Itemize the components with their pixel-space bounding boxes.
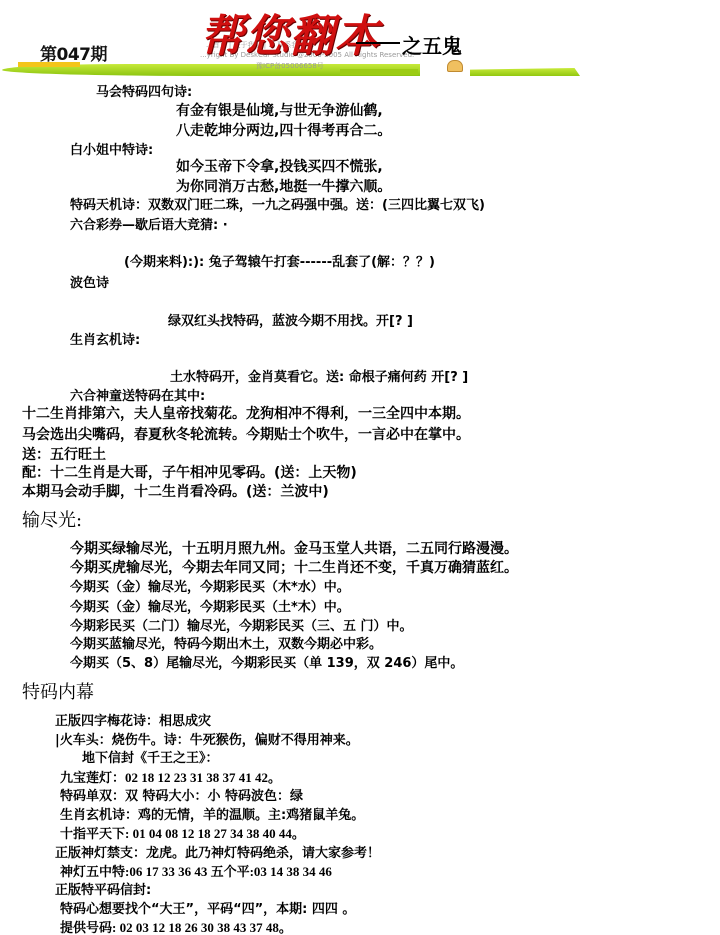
yellow-accent-bar	[18, 62, 80, 67]
riddle-text: (今期来料):): 兔子驾辕午打套------乱套了(解：？？)	[124, 251, 435, 270]
lose-line: 今期彩民买（二门）输尽光，今期彩民买（三、五 门）中。	[70, 615, 413, 634]
lose-line: 今期买（金）输尽光，今期彩民买（木*水）中。	[70, 576, 350, 595]
title-dash	[356, 42, 400, 44]
inside-line: 正版特平码信封:	[55, 879, 151, 898]
lose-line: 今期买蓝输尽光，特码今期出木土，双数今期必中彩。	[70, 633, 382, 652]
inside-line: 九宝莲灯：02 18 12 23 31 38 37 41 42。	[60, 767, 281, 786]
poem-line: 如今玉帝下令拿,投钱买四不慌张,	[176, 156, 383, 176]
green-band-decoration	[340, 69, 418, 75]
zodiac-line: 土水特码开，金肖莫看它。送: 命根子痛何药 开[? ]	[170, 366, 468, 385]
poem-line: 有金有银是仙境,与世无争游仙鹤,	[176, 100, 383, 120]
tongzi-line: 十二生肖排第六，夫人皇帝找菊花。龙狗相冲不得利，一三全四中本期。	[22, 403, 470, 423]
inside-line: 正版四字梅花诗：相思成灾	[55, 710, 211, 729]
tongzi-line: 马会选出尖嘴码，春夏秋冬轮流转。今期贴士个吹牛，一言必中在掌中。	[22, 424, 470, 444]
lose-line: 今期买（5、8）尾输尽光，今期彩民买（单 139，双 246）尾中。	[70, 652, 463, 671]
riddle-label: 六合彩券—歇后语大竞猜: ·	[70, 214, 228, 233]
tongzi-label: 六合神童送特码在其中:	[70, 385, 205, 404]
poem-line: 为你同消万古愁,地挺一牛撑六顺。	[176, 176, 391, 196]
inside-line: 神灯五中特:06 17 33 36 43 五个平:03 14 38 34 46	[60, 861, 332, 880]
zodiac-label: 生肖玄机诗:	[70, 329, 140, 348]
green-band-decoration	[470, 68, 580, 76]
inside-line: 特码心想要找个“大王”，平码“四”，本期: 四四 。	[60, 898, 355, 917]
lose-line: 今期买虎输尽光，今期去年同又同；十二生肖还不变，千真万确猜蓝红。	[70, 557, 518, 577]
page-title: 帮您翻本	[200, 0, 380, 64]
lose-line: 今期买（金）输尽光，今期彩民买（土*木）中。	[70, 596, 350, 615]
lose-title: 输尽光:	[22, 506, 82, 532]
inside-line: 生肖玄机诗：鸡的无情，羊的温顺。主:鸡猪鼠羊兔。	[60, 804, 364, 823]
wave-label: 波色诗	[70, 272, 109, 291]
lose-line: 今期买绿输尽光，十五明月照九州。金马玉堂人共语，二五同行路漫漫。	[70, 538, 518, 558]
header-banner: 第047期 ...首页 | 关于我们 | ... 联系我们 ... ...yri…	[0, 0, 720, 80]
inside-line: 正版神灯禁支：龙虎。此乃神灯特码绝杀，请大家参考！	[55, 842, 380, 861]
inside-title: 特码内幕	[22, 678, 94, 704]
inside-line: 地下信封《千王之王》：	[82, 747, 219, 766]
tianji-poem: 特码天机诗：双数双门旺二珠，一九之码强中强。送：(三四比翼七双飞)	[70, 194, 485, 213]
bowl-icon	[447, 60, 463, 72]
wave-line: 绿双红头找特码，蓝波今期不用找。开[? ]	[168, 310, 413, 329]
page-subtitle: 之五鬼	[402, 30, 462, 59]
inside-line: 特码单双：双 特码大小：小 特码波色：绿	[60, 785, 303, 804]
inside-line: 十指平天下: 01 04 08 12 18 27 34 38 40 44。	[60, 823, 305, 842]
poem-line: 八走乾坤分两边,四十得考再合二。	[176, 120, 391, 140]
inside-line: |火车头：烧伤牛。诗：牛死猴伤，偏财不得用神来。	[55, 729, 359, 748]
tongzi-line: 配：十二生肖是大哥，子午相冲见零码。(送：上天物)	[22, 462, 357, 482]
tongzi-line: 送：五行旺土	[22, 444, 106, 464]
mahui-poem-label: 马会特码四句诗:	[96, 81, 192, 100]
bai-poem-label: 白小姐中特诗:	[70, 139, 153, 158]
inside-line: 提供号码: 02 03 12 18 26 30 38 43 37 48。	[60, 917, 292, 935]
tongzi-line: 本期马会动手脚，十二生肖看冷码。(送：兰波中)	[22, 481, 329, 501]
